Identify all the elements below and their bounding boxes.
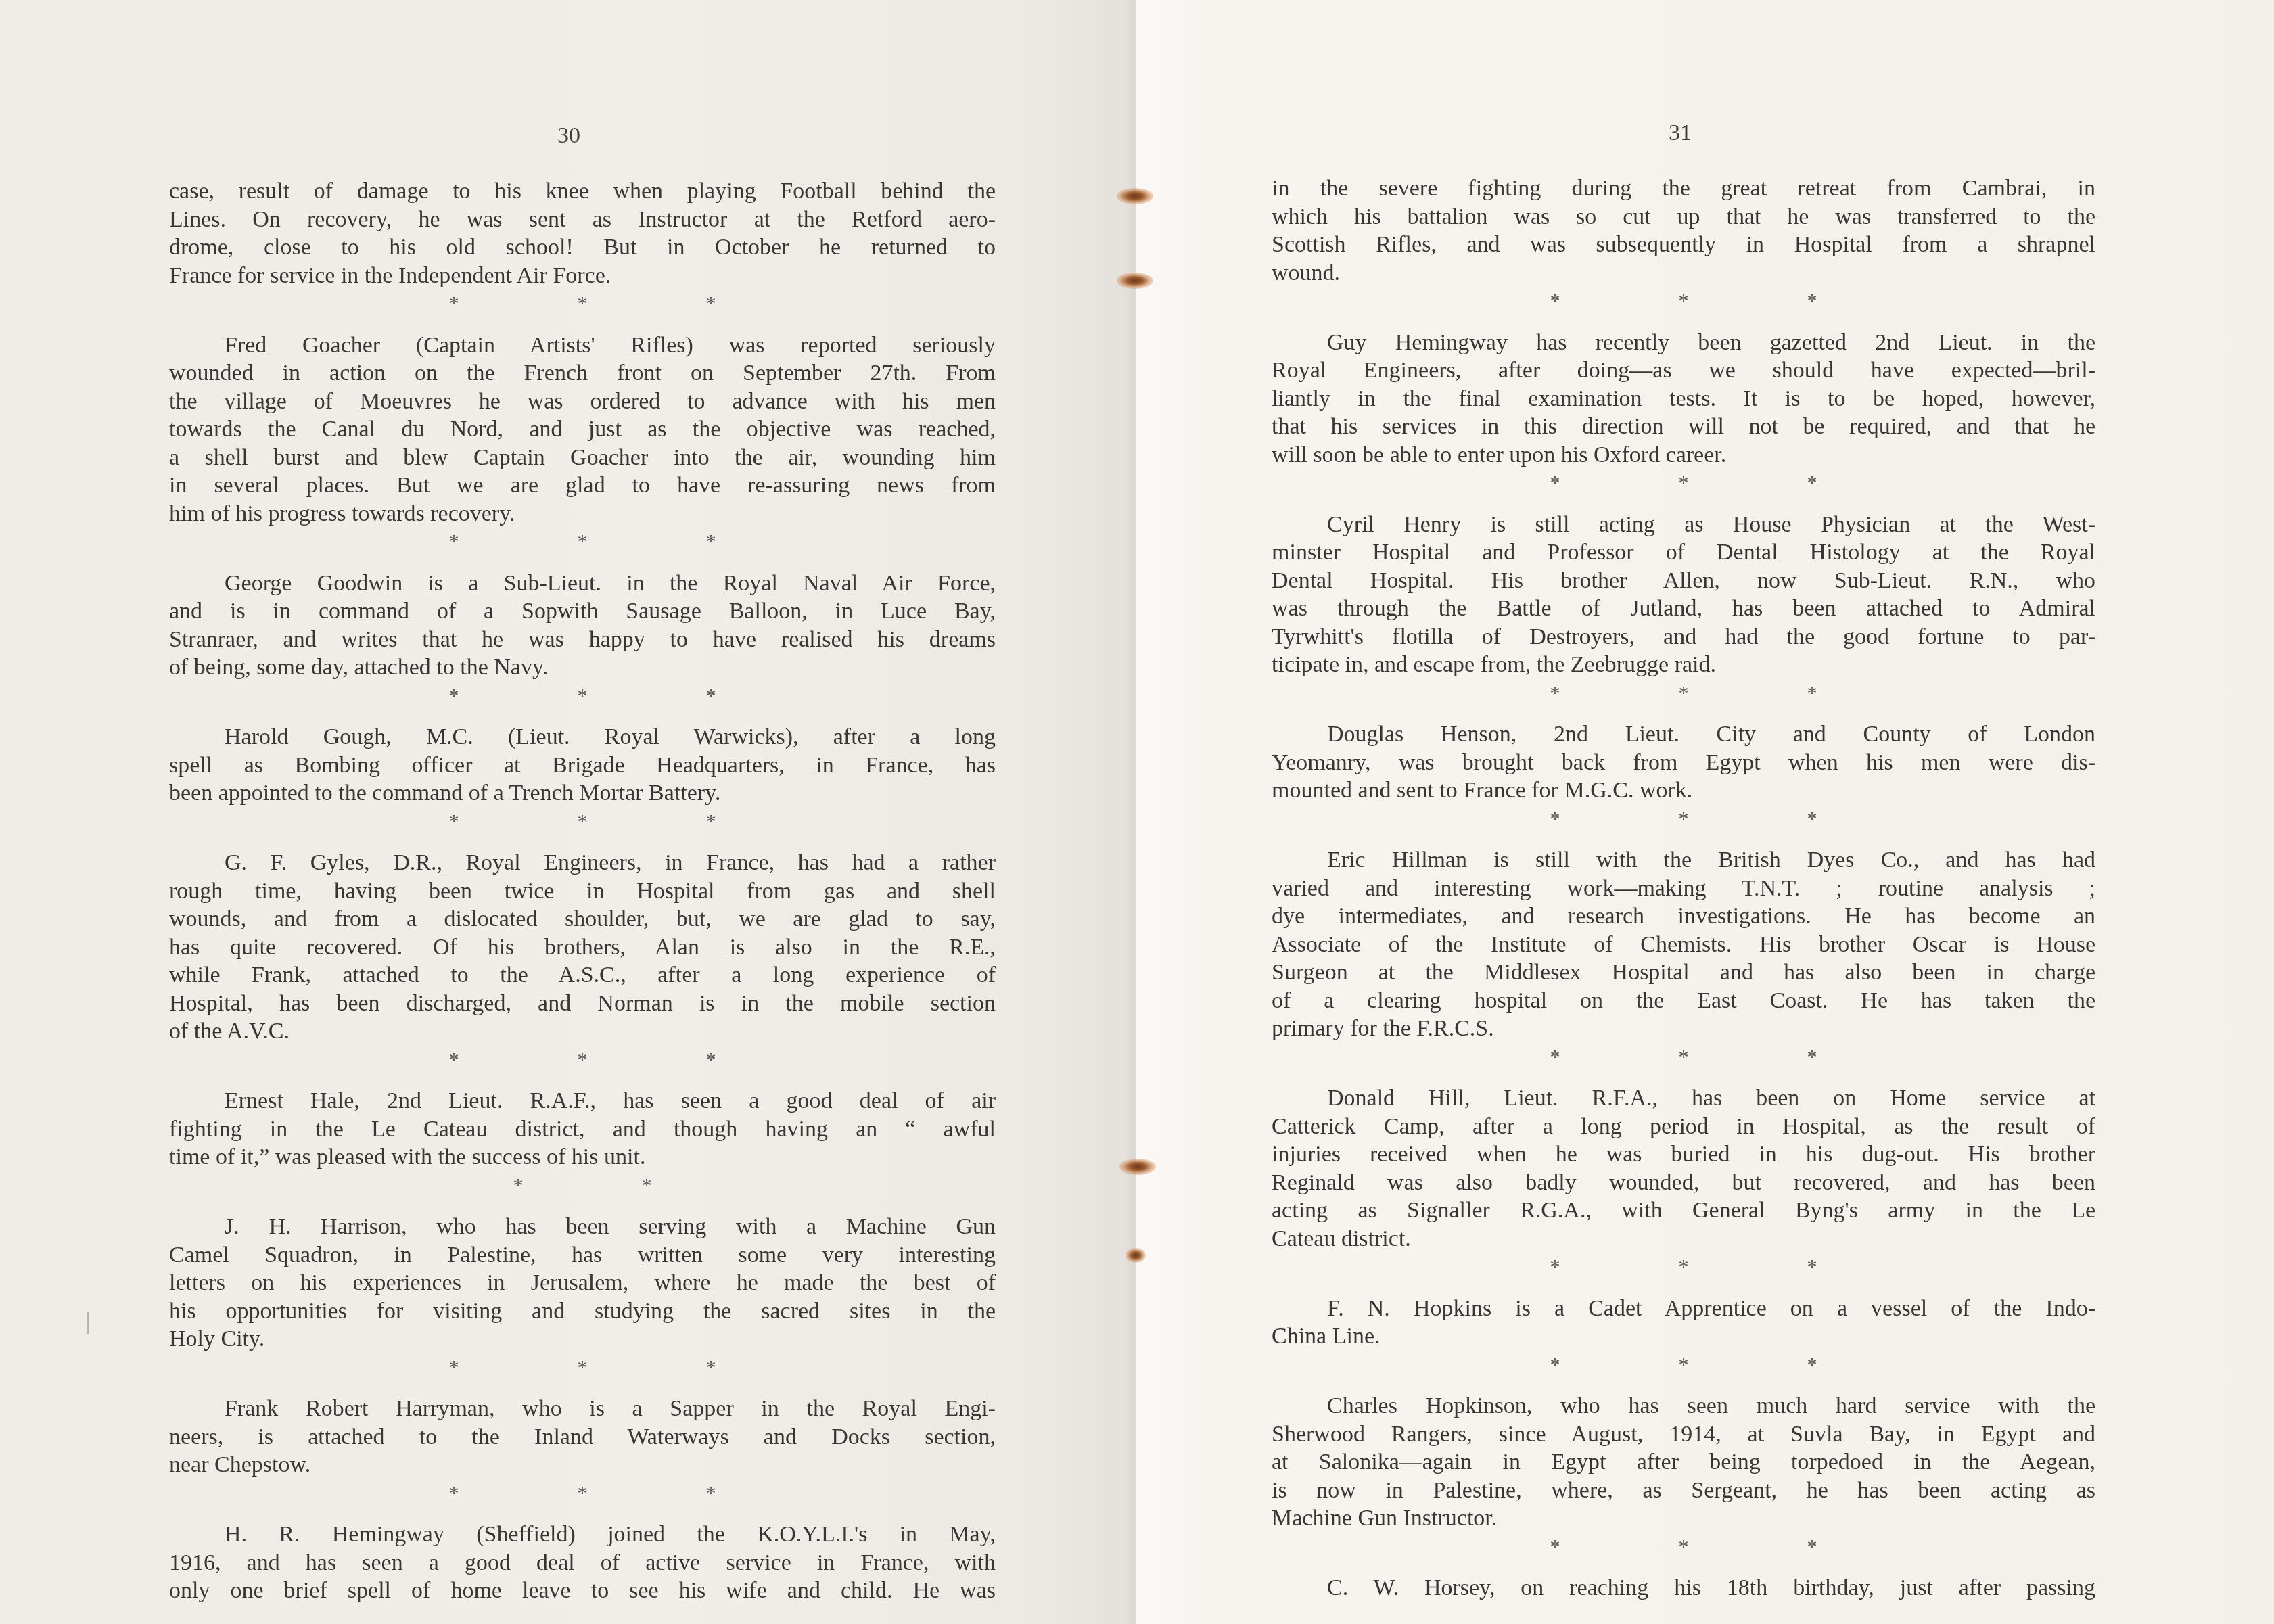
asterisk: * — [518, 1353, 647, 1382]
text-line: France for service in the Independent Ai… — [169, 262, 996, 290]
text-line: Stranraer, and writes that he was happy … — [169, 626, 996, 654]
section-separator-stars: *** — [1272, 287, 2095, 315]
text-line: minster Hospital and Professor of Dental… — [1272, 538, 2095, 567]
text-line: neers, is attached to the Inland Waterwa… — [169, 1423, 996, 1452]
asterisk: * — [1491, 287, 1619, 315]
asterisk: * — [1619, 1043, 1748, 1071]
right-page-text-column: in the severe fighting during the great … — [1272, 175, 2095, 1602]
asterisk: * — [647, 808, 775, 836]
entry-paragraph: G. F. Gyles, D.R., Royal Engineers, in F… — [169, 849, 996, 1046]
asterisk: * — [647, 682, 775, 710]
text-line: wounds, and from a dislocated shoulder, … — [169, 905, 996, 933]
text-line: Frank Robert Harryman, who is a Sapper i… — [169, 1395, 996, 1423]
section-separator-stars: *** — [1272, 805, 2095, 833]
staple-mark — [1119, 1159, 1156, 1175]
asterisk: * — [518, 528, 647, 556]
asterisk: * — [1491, 469, 1619, 497]
asterisk: * — [1748, 1043, 1876, 1071]
text-line: Fred Goacher (Captain Artists' Rifles) w… — [169, 331, 996, 360]
entry-paragraph: C. W. Horsey, on reaching his 18th birth… — [1272, 1574, 2095, 1602]
section-separator-stars: *** — [1272, 1253, 2095, 1281]
text-line: wounded in action on the French front on… — [169, 359, 996, 388]
text-line: Holy City. — [169, 1325, 996, 1353]
text-line: Cateau district. — [1272, 1225, 2095, 1253]
text-line: varied and interesting work—making T.N.T… — [1272, 875, 2095, 903]
text-line: was through the Battle of Jutland, has b… — [1272, 595, 2095, 623]
asterisk: * — [1491, 1253, 1619, 1281]
section-separator-stars: *** — [169, 528, 996, 556]
asterisk: * — [390, 528, 518, 556]
asterisk: * — [1748, 805, 1876, 833]
text-line: Douglas Henson, 2nd Lieut. City and Coun… — [1272, 720, 2095, 749]
text-line: Catterick Camp, after a long period in H… — [1272, 1113, 2095, 1141]
asterisk: * — [1491, 1043, 1619, 1071]
asterisk: * — [1619, 805, 1748, 833]
asterisk: * — [1619, 469, 1748, 497]
text-line: and is in command of a Sopwith Sausage B… — [169, 597, 996, 626]
asterisk: * — [647, 1479, 775, 1508]
entry-paragraph: Cyril Henry is still acting as House Phy… — [1272, 511, 2095, 679]
binding-gutter — [1134, 0, 1136, 1624]
text-line: Scottish Rifles, and was subsequently in… — [1272, 231, 2095, 259]
left-page-text-column: case, result of damage to his knee when … — [169, 177, 996, 1605]
entry-paragraph: F. N. Hopkins is a Cadet Apprentice on a… — [1272, 1295, 2095, 1351]
asterisk: * — [1491, 679, 1619, 707]
asterisk: * — [518, 1479, 647, 1508]
section-separator-stars: *** — [1272, 469, 2095, 497]
text-line: that his services in this direction will… — [1272, 413, 2095, 441]
asterisk: * — [1619, 679, 1748, 707]
text-line: liantly in the final examination tests. … — [1272, 385, 2095, 413]
text-line: has quite recovered. Of his brothers, Al… — [169, 933, 996, 962]
staple-mark — [1117, 188, 1153, 204]
entry-paragraph: H. R. Hemingway (Sheffield) joined the K… — [169, 1521, 996, 1605]
asterisk: * — [390, 1353, 518, 1382]
text-line: Harold Gough, M.C. (Lieut. Royal Warwick… — [169, 723, 996, 751]
text-line: spell as Bombing officer at Brigade Head… — [169, 751, 996, 780]
asterisk: * — [518, 1046, 647, 1074]
entry-paragraph: Charles Hopkinson, who has seen much har… — [1272, 1392, 2095, 1533]
text-line: rough time, having been twice in Hospita… — [169, 877, 996, 906]
text-line: will soon be able to enter upon his Oxfo… — [1272, 441, 2095, 469]
staple-mark — [1126, 1248, 1146, 1263]
text-line: Sherwood Rangers, since August, 1914, at… — [1272, 1420, 2095, 1449]
asterisk: * — [1619, 1351, 1748, 1379]
continued-paragraph: in the severe fighting during the great … — [1272, 175, 2095, 287]
text-line: in several places. But we are glad to ha… — [169, 471, 996, 500]
text-line: H. R. Hemingway (Sheffield) joined the K… — [169, 1521, 996, 1549]
text-line: dye intermediates, and research investig… — [1272, 902, 2095, 931]
entry-paragraph: Douglas Henson, 2nd Lieut. City and Coun… — [1272, 720, 2095, 805]
text-line: Eric Hillman is still with the British D… — [1272, 846, 2095, 875]
text-line: letters on his experiences in Jerusalem,… — [169, 1269, 996, 1297]
asterisk: * — [1491, 805, 1619, 833]
text-line: is now in Palestine, where, as Sergeant,… — [1272, 1477, 2095, 1505]
section-separator-stars: *** — [1272, 1043, 2095, 1071]
asterisk: * — [647, 289, 775, 318]
text-line: Yeomanry, was brought back from Egypt wh… — [1272, 749, 2095, 777]
text-line: at Salonika—again in Egypt after being t… — [1272, 1448, 2095, 1477]
text-line: while Frank, attached to the A.S.C., aft… — [169, 961, 996, 990]
text-line: George Goodwin is a Sub-Lieut. in the Ro… — [169, 570, 996, 598]
asterisk: * — [1748, 1533, 1876, 1561]
asterisk: * — [390, 289, 518, 318]
text-line: in the severe fighting during the great … — [1272, 175, 2095, 203]
asterisk: * — [390, 1479, 518, 1508]
text-line: of being, some day, attached to the Navy… — [169, 653, 996, 682]
asterisk: * — [454, 1171, 582, 1200]
asterisk: * — [1619, 1253, 1748, 1281]
right-page: 31 in the severe fighting during the gre… — [1136, 0, 2274, 1624]
text-line: of a clearing hospital on the East Coast… — [1272, 987, 2095, 1015]
text-line: mounted and sent to France for M.G.C. wo… — [1272, 776, 2095, 805]
text-line: Associate of the Institute of Chemists. … — [1272, 931, 2095, 959]
text-line: wound. — [1272, 259, 2095, 287]
entry-paragraph: Harold Gough, M.C. (Lieut. Royal Warwick… — [169, 723, 996, 808]
text-line: his opportunities for visiting and study… — [169, 1297, 996, 1326]
text-line: injuries received when he was buried in … — [1272, 1140, 2095, 1169]
text-line: Surgeon at the Middlesex Hospital and ha… — [1272, 958, 2095, 987]
continued-paragraph: case, result of damage to his knee when … — [169, 177, 996, 289]
text-line: towards the Canal du Nord, and just as t… — [169, 415, 996, 444]
text-line: Hospital, has been discharged, and Norma… — [169, 990, 996, 1018]
text-line: Donald Hill, Lieut. R.F.A., has been on … — [1272, 1084, 2095, 1113]
entry-paragraph: Frank Robert Harryman, who is a Sapper i… — [169, 1395, 996, 1479]
text-line: Reginald was also badly wounded, but rec… — [1272, 1169, 2095, 1197]
asterisk: * — [1619, 1533, 1748, 1561]
asterisk: * — [647, 1353, 775, 1382]
text-line: Ernest Hale, 2nd Lieut. R.A.F., has seen… — [169, 1087, 996, 1115]
text-line: ticipate in, and escape from, the Zeebru… — [1272, 651, 2095, 679]
text-line: time of it,” was pleased with the succes… — [169, 1143, 996, 1171]
asterisk: * — [1748, 1253, 1876, 1281]
entry-paragraph: J. H. Harrison, who has been serving wit… — [169, 1213, 996, 1353]
asterisk: * — [1748, 469, 1876, 497]
entry-paragraph: Fred Goacher (Captain Artists' Rifles) w… — [169, 331, 996, 528]
section-separator-stars: *** — [169, 1479, 996, 1508]
asterisk: * — [1491, 1351, 1619, 1379]
section-separator-stars: *** — [169, 808, 996, 836]
text-line: China Line. — [1272, 1322, 2095, 1351]
section-separator-stars: *** — [1272, 1533, 2095, 1561]
text-line: the village of Moeuvres he was ordered t… — [169, 388, 996, 416]
entry-paragraph: George Goodwin is a Sub-Lieut. in the Ro… — [169, 570, 996, 682]
asterisk: * — [518, 682, 647, 710]
asterisk: * — [518, 808, 647, 836]
text-line: Lines. On recovery, he was sent as Instr… — [169, 206, 996, 234]
text-line: drome, close to his old school! But in O… — [169, 233, 996, 262]
text-line: acting as Signaller R.G.A., with General… — [1272, 1197, 2095, 1225]
text-line: primary for the F.R.C.S. — [1272, 1015, 2095, 1043]
section-separator-stars: *** — [169, 682, 996, 710]
asterisk: * — [1748, 679, 1876, 707]
staple-mark — [1117, 273, 1153, 289]
page-number-right: 31 — [1669, 120, 1692, 146]
page-number-left: 30 — [557, 123, 580, 149]
text-line: of the A.V.C. — [169, 1017, 996, 1046]
left-page: 30 case, result of damage to his knee wh… — [0, 0, 1136, 1624]
section-separator-stars: ** — [169, 1171, 996, 1200]
text-line: near Chepstow. — [169, 1451, 996, 1479]
asterisk: * — [1491, 1533, 1619, 1561]
asterisk: * — [647, 528, 775, 556]
section-separator-stars: *** — [169, 289, 996, 318]
text-line: J. H. Harrison, who has been serving wit… — [169, 1213, 996, 1241]
asterisk: * — [1748, 287, 1876, 315]
section-separator-stars: *** — [169, 1353, 996, 1382]
text-line: only one brief spell of home leave to se… — [169, 1577, 996, 1605]
section-separator-stars: *** — [1272, 1351, 2095, 1379]
text-line: which his battalion was so cut up that h… — [1272, 203, 2095, 231]
asterisk: * — [1748, 1351, 1876, 1379]
entry-paragraph: Guy Hemingway has recently been gazetted… — [1272, 329, 2095, 469]
text-line: a shell burst and blew Captain Goacher i… — [169, 444, 996, 472]
text-line: Guy Hemingway has recently been gazetted… — [1272, 329, 2095, 357]
asterisk: * — [647, 1046, 775, 1074]
text-line: case, result of damage to his knee when … — [169, 177, 996, 206]
text-line: fighting in the Le Cateau district, and … — [169, 1115, 996, 1144]
text-line: Machine Gun Instructor. — [1272, 1504, 2095, 1533]
text-line: G. F. Gyles, D.R., Royal Engineers, in F… — [169, 849, 996, 877]
section-separator-stars: *** — [169, 1046, 996, 1074]
text-line: F. N. Hopkins is a Cadet Apprentice on a… — [1272, 1295, 2095, 1323]
text-line: him of his progress towards recovery. — [169, 500, 996, 528]
text-line: Camel Squadron, in Palestine, has writte… — [169, 1241, 996, 1270]
asterisk: * — [582, 1171, 711, 1200]
text-line: been appointed to the command of a Trenc… — [169, 779, 996, 808]
text-line: Royal Engineers, after doing—as we shoul… — [1272, 356, 2095, 385]
asterisk: * — [390, 682, 518, 710]
text-line: 1916, and has seen a good deal of active… — [169, 1549, 996, 1577]
entry-paragraph: Donald Hill, Lieut. R.F.A., has been on … — [1272, 1084, 2095, 1253]
text-line: Cyril Henry is still acting as House Phy… — [1272, 511, 2095, 539]
asterisk: * — [390, 1046, 518, 1074]
text-line: Charles Hopkinson, who has seen much har… — [1272, 1392, 2095, 1420]
entry-paragraph: Eric Hillman is still with the British D… — [1272, 846, 2095, 1043]
section-separator-stars: *** — [1272, 679, 2095, 707]
text-line: Dental Hospital. His brother Allen, now … — [1272, 567, 2095, 595]
asterisk: * — [1619, 287, 1748, 315]
text-line: C. W. Horsey, on reaching his 18th birth… — [1272, 1574, 2095, 1602]
entry-paragraph: Ernest Hale, 2nd Lieut. R.A.F., has seen… — [169, 1087, 996, 1171]
margin-mark — [87, 1312, 89, 1334]
asterisk: * — [518, 289, 647, 318]
asterisk: * — [390, 808, 518, 836]
text-line: Tyrwhitt's flotilla of Destroyers, and h… — [1272, 623, 2095, 651]
